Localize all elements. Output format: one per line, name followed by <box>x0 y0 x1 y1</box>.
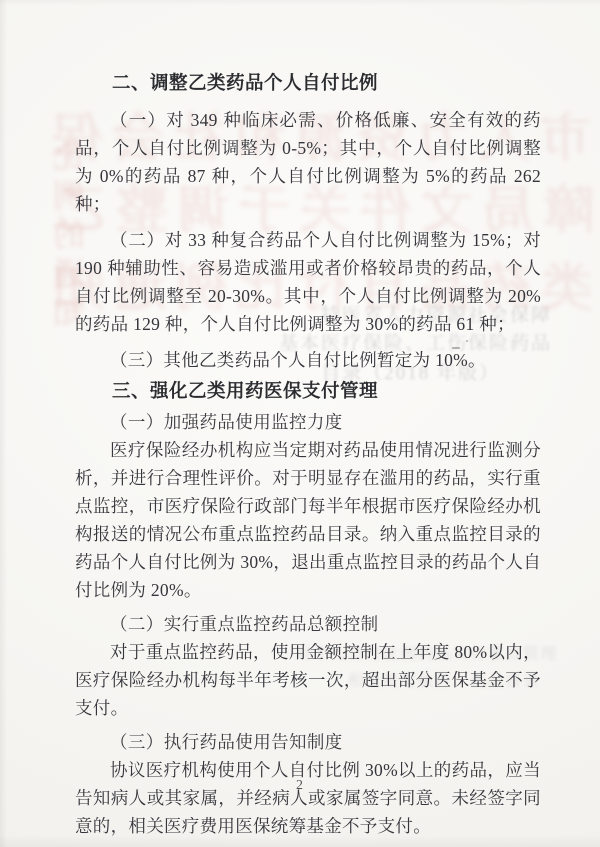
para-notification-system: 协议医疗机构使用个人自付比例 30%以上的药品，应当告知病人或其家属，并经病人或… <box>75 756 541 840</box>
para-clause-1-349-drugs: （一）对 349 种临床必需、价格低廉、安全有效的药品，个人自付比例调整为 0-… <box>75 106 541 218</box>
page-content: 二、调整乙类药品个人自付比例 （一）对 349 种临床必需、价格低廉、安全有效的… <box>75 68 541 847</box>
para-quota-control: 对于重点监控药品，使用金额控制在上年度 80%以内，医疗保险经办机构每半年考核一… <box>75 638 541 722</box>
ink-speck <box>466 340 468 342</box>
ink-speck <box>452 347 460 349</box>
scan-edge-shadow-bottom <box>0 835 600 847</box>
heading-adjust-class-b-ratio: 二、调整乙类药品个人自付比例 <box>75 68 541 98</box>
document-page: 市人力资源和社会保 障局文件关于调整乙 类药品自付比例通知 比例的通知 特医省人… <box>0 0 600 847</box>
scan-edge-shadow-left <box>0 0 7 847</box>
heading-strengthen-payment-mgmt: 三、强化乙类用药医保支付管理 <box>75 376 541 406</box>
subhead-usage-monitoring: （一）加强药品使用监控力度 <box>75 408 541 436</box>
para-clause-3-other-drugs: （三）其他乙类药品个人自付比例暂定为 10%。 <box>75 346 541 374</box>
subhead-quota-control: （二）实行重点监控药品总额控制 <box>75 610 541 638</box>
para-usage-monitoring: 医疗保险经办机构应当定期对药品使用情况进行监测分析，并进行合理性评价。对于明显存… <box>75 436 541 604</box>
scan-edge-shadow-top <box>0 0 600 6</box>
para-clause-2-compound-drugs: （二）对 33 种复合药品个人自付比例调整为 15%；对 190 种辅助性、容易… <box>75 226 541 338</box>
subhead-notification-system: （三）执行药品使用告知制度 <box>75 728 541 756</box>
page-number: 2 <box>0 778 600 794</box>
